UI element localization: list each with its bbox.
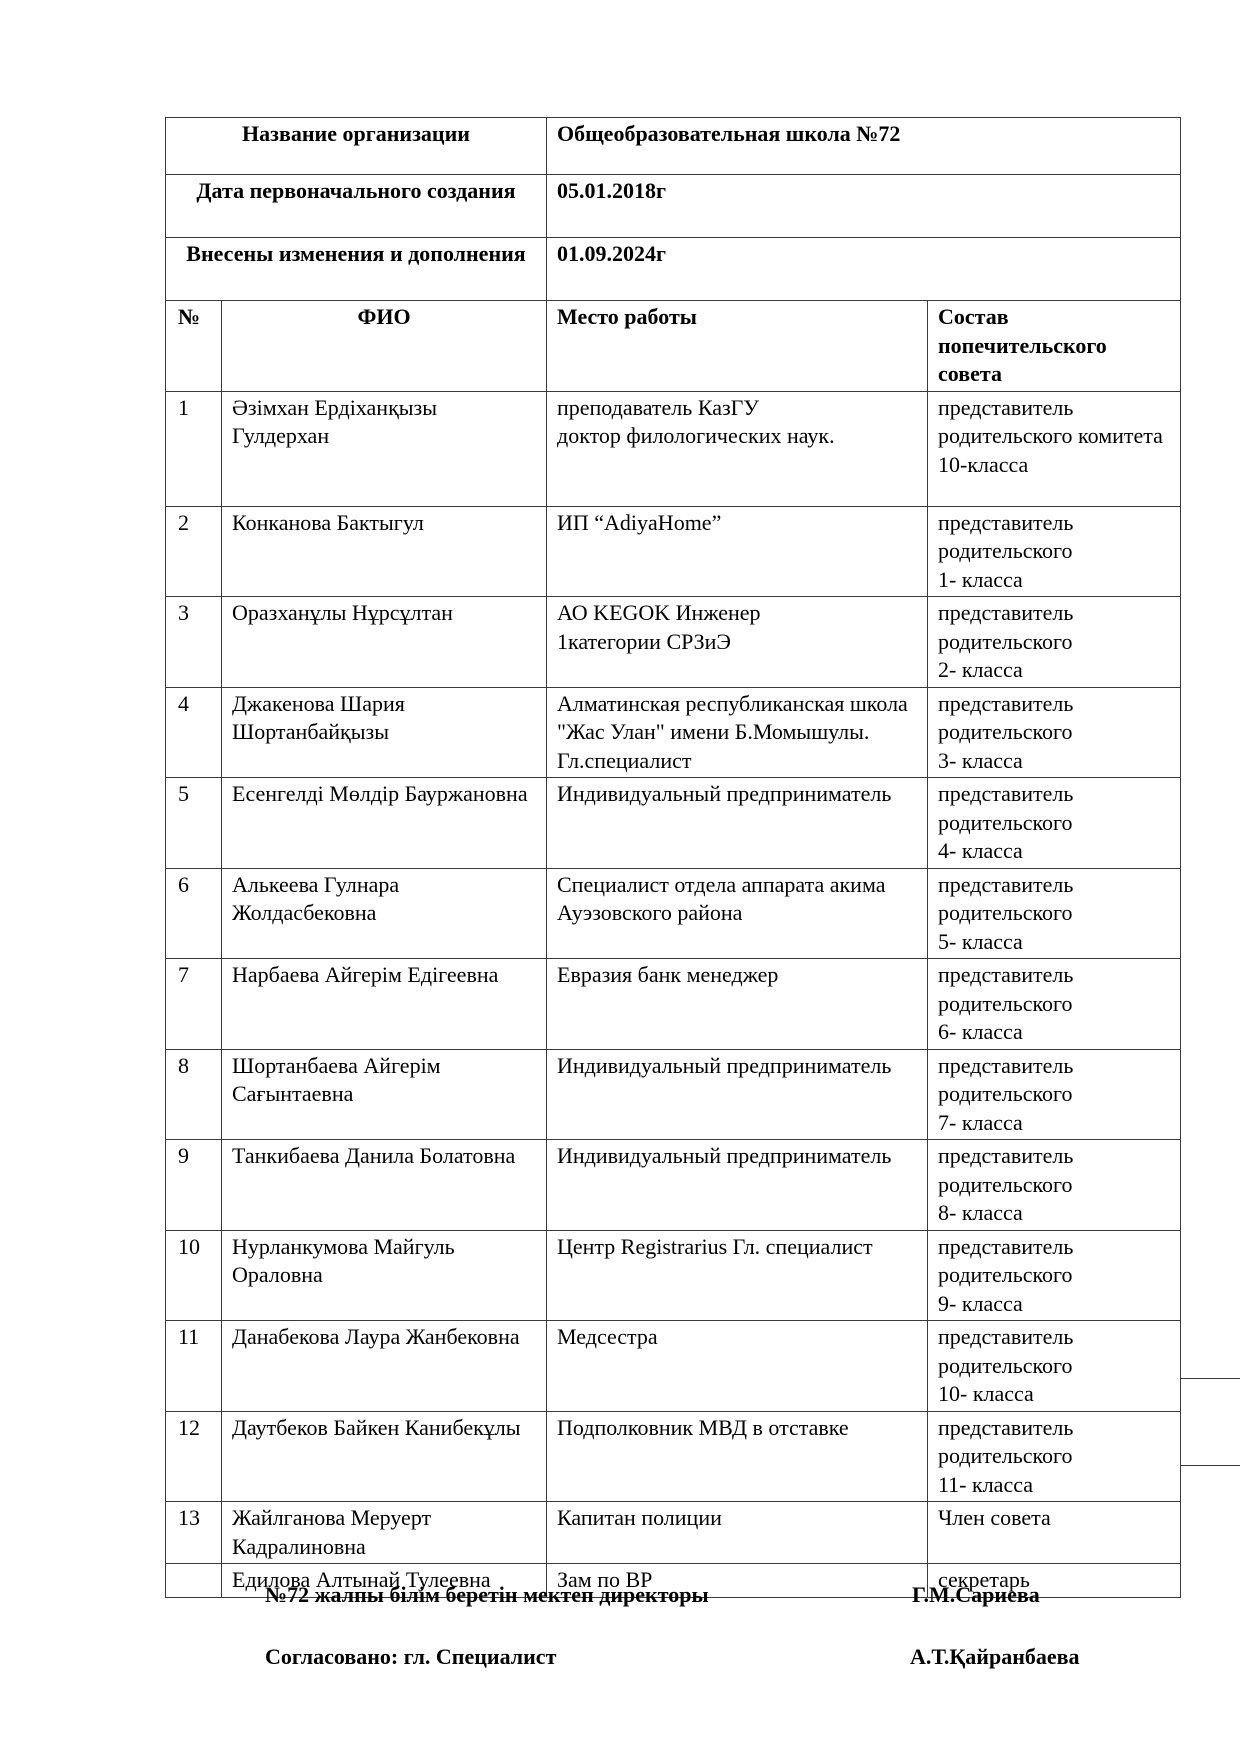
member-name: Даутбеков Байкен Канибекұлы	[222, 1411, 547, 1502]
member-role: представитель родительского 10- класса	[928, 1321, 1181, 1412]
member-workplace: Индивидуальный предприниматель	[547, 1049, 928, 1140]
table-row: 11Данабекова Лаура ЖанбековнаМедсестрапр…	[166, 1321, 1181, 1412]
member-role: представитель родительского 11- класса	[928, 1411, 1181, 1502]
member-role: представитель родительского 2- класса	[928, 597, 1181, 688]
member-workplace: Индивидуальный предприниматель	[547, 1140, 928, 1231]
approval-title: Согласовано: гл. Специалист	[265, 1644, 556, 1670]
table-row: 6Алькеева Гулнара ЖолдасбековнаСпециалис…	[166, 868, 1181, 959]
table-row: 4Джакенова Шария ШортанбайқызыАлматинска…	[166, 687, 1181, 778]
member-name: Танкибаева Данила Болатовна	[222, 1140, 547, 1231]
member-role: Член совета	[928, 1502, 1181, 1564]
member-role: представитель родительского 3- класса	[928, 687, 1181, 778]
member-name: Есенгелді Мөлдір Бауржановна	[222, 778, 547, 869]
table-row: 13Жайлганова Меруерт КадралиновнаКапитан…	[166, 1502, 1181, 1564]
member-workplace: Медсестра	[547, 1321, 928, 1412]
meta-value: 01.09.2024г	[547, 238, 1181, 301]
table-row: 7Нарбаева Айгерім ЕдігеевнаЕвразия банк …	[166, 959, 1181, 1050]
member-role: представитель родительского 8- класса	[928, 1140, 1181, 1231]
member-name: Оразханұлы Нұрсұлтан	[222, 597, 547, 688]
meta-value: 05.01.2018г	[547, 175, 1181, 238]
meta-value: Общеобразовательная школа №72	[547, 118, 1181, 175]
member-workplace: Евразия банк менеджер	[547, 959, 928, 1050]
row-num: 13	[166, 1502, 222, 1564]
member-workplace: Центр Registrarius Гл. специалист	[547, 1230, 928, 1321]
row-num: 10	[166, 1230, 222, 1321]
member-role: представитель родительского 4- класса	[928, 778, 1181, 869]
column-header-name: ФИО	[222, 301, 547, 392]
column-header-num: №	[166, 301, 222, 392]
meta-row-organization: Название организации Общеобразовательная…	[166, 118, 1181, 175]
member-name: Нурланкумова Майгуль Ораловна	[222, 1230, 547, 1321]
table-row: 2Конканова БактыгулИП “AdiyaHome”предста…	[166, 506, 1181, 597]
member-name: Жайлганова Меруерт Кадралиновна	[222, 1502, 547, 1564]
row-num: 6	[166, 868, 222, 959]
stray-border-line	[1180, 1465, 1240, 1466]
member-workplace: Алматинская республиканская школа "Жас У…	[547, 687, 928, 778]
meta-row-created: Дата первоначального создания 05.01.2018…	[166, 175, 1181, 238]
member-name: Джакенова Шария Шортанбайқызы	[222, 687, 547, 778]
table-row: 1Әзімхан Ердіханқызы Гулдерханпреподават…	[166, 391, 1181, 506]
board-table: Название организации Общеобразовательная…	[165, 117, 1181, 1598]
column-header-role: Состав попечительского совета	[928, 301, 1181, 392]
row-num: 5	[166, 778, 222, 869]
table-row: 5Есенгелді Мөлдір БауржановнаИндивидуаль…	[166, 778, 1181, 869]
member-name: Нарбаева Айгерім Едігеевна	[222, 959, 547, 1050]
member-name: Данабекова Лаура Жанбековна	[222, 1321, 547, 1412]
row-num: 1	[166, 391, 222, 506]
member-role: представитель родительского комитета 10-…	[928, 391, 1181, 506]
table-row: 3Оразханұлы НұрсұлтанАО KEGOK Инженер 1к…	[166, 597, 1181, 688]
row-num: 3	[166, 597, 222, 688]
member-workplace: Капитан полиции	[547, 1502, 928, 1564]
meta-row-amended: Внесены изменения и дополнения 01.09.202…	[166, 238, 1181, 301]
member-workplace: Подполковник МВД в отставке	[547, 1411, 928, 1502]
director-title: №72 жалпы білім беретін мектеп директоры	[265, 1582, 709, 1608]
member-workplace: АО KEGOK Инженер 1категории СРЗиЭ	[547, 597, 928, 688]
row-num: 9	[166, 1140, 222, 1231]
director-name: Г.М.Сариева	[912, 1582, 1040, 1608]
row-num: 2	[166, 506, 222, 597]
member-name: Шортанбаева Айгерім Сағынтаевна	[222, 1049, 547, 1140]
stray-border-line	[1180, 1378, 1240, 1379]
approval-name: А.Т.Қайранбаева	[910, 1644, 1080, 1670]
member-workplace: ИП “AdiyaHome”	[547, 506, 928, 597]
table-row: 12Даутбеков Байкен КанибекұлыПодполковни…	[166, 1411, 1181, 1502]
row-num: 8	[166, 1049, 222, 1140]
meta-label: Внесены изменения и дополнения	[166, 238, 547, 301]
table-row: 8Шортанбаева Айгерім СағынтаевнаИндивиду…	[166, 1049, 1181, 1140]
member-role: представитель родительского 6- класса	[928, 959, 1181, 1050]
member-name: Алькеева Гулнара Жолдасбековна	[222, 868, 547, 959]
member-role: представитель родительского 9- класса	[928, 1230, 1181, 1321]
meta-label: Дата первоначального создания	[166, 175, 547, 238]
member-workplace: преподаватель КазГУ доктор филологически…	[547, 391, 928, 506]
row-num	[166, 1564, 222, 1598]
member-role: представитель родительского 5- класса	[928, 868, 1181, 959]
row-num: 12	[166, 1411, 222, 1502]
row-num: 11	[166, 1321, 222, 1412]
member-workplace: Специалист отдела аппарата акима Ауэзовс…	[547, 868, 928, 959]
document-page: Название организации Общеобразовательная…	[0, 0, 1240, 1755]
column-header-workplace: Место работы	[547, 301, 928, 392]
column-header-row: № ФИО Место работы Состав попечительског…	[166, 301, 1181, 392]
member-workplace: Индивидуальный предприниматель	[547, 778, 928, 869]
meta-label: Название организации	[166, 118, 547, 175]
row-num: 4	[166, 687, 222, 778]
member-name: Конканова Бактыгул	[222, 506, 547, 597]
table-row: 9Танкибаева Данила БолатовнаИндивидуальн…	[166, 1140, 1181, 1231]
table-row: 10Нурланкумова Майгуль ОраловнаЦентр Reg…	[166, 1230, 1181, 1321]
member-role: представитель родительского 1- класса	[928, 506, 1181, 597]
row-num: 7	[166, 959, 222, 1050]
member-role: представитель родительского 7- класса	[928, 1049, 1181, 1140]
member-name: Әзімхан Ердіханқызы Гулдерхан	[222, 391, 547, 506]
